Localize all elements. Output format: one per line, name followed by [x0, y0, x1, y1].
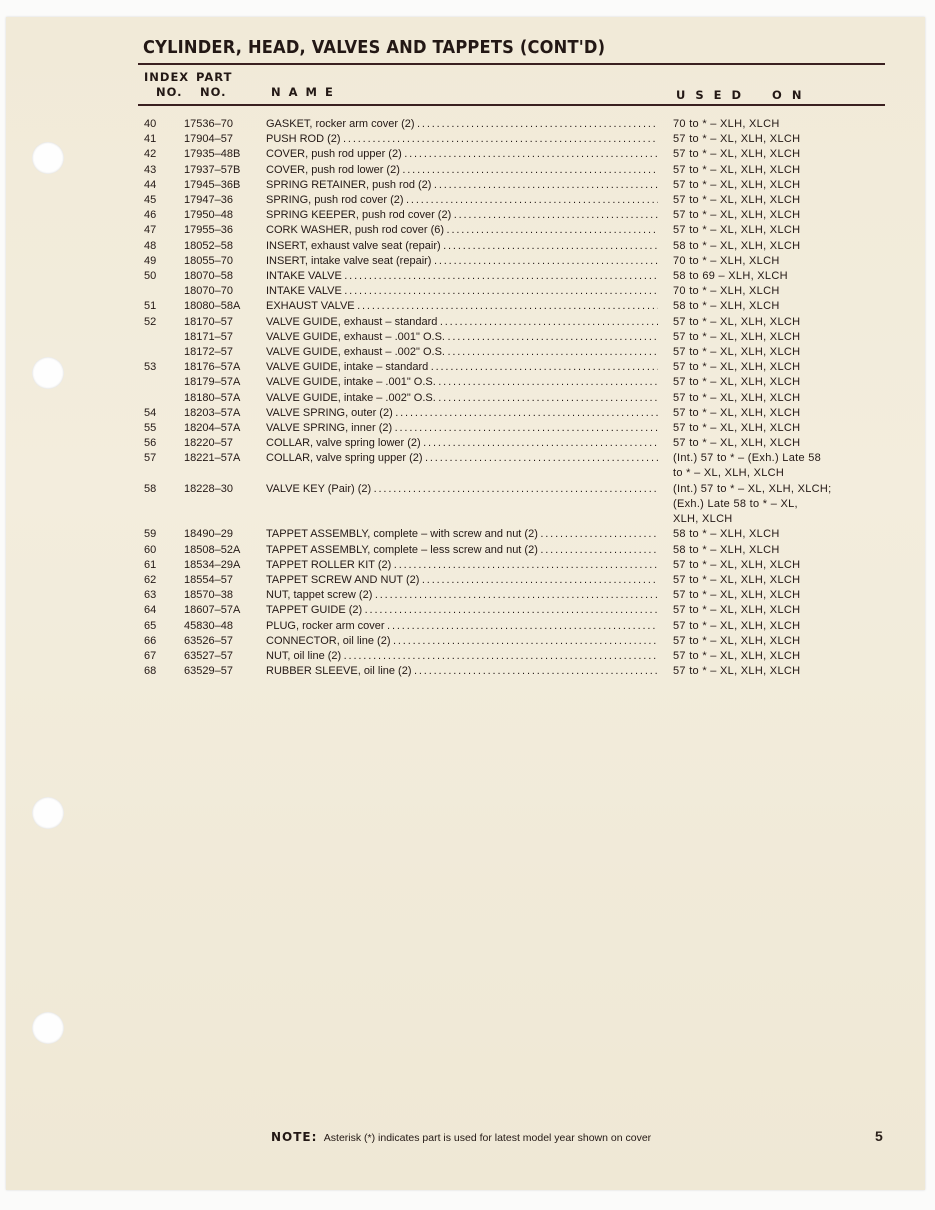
part-name-cell: COVER, push rod upper (2)	[266, 147, 658, 162]
index-cell: 55	[144, 421, 174, 436]
used-on-cell: 57 to * – XL, XLH, XLCH	[673, 178, 873, 193]
index-cell: 61	[144, 558, 174, 573]
part-number-cell: 18171–57	[184, 330, 264, 345]
index-cell: 64	[144, 603, 174, 618]
table-row: 18171–57VALVE GUIDE, exhaust – .001" O.S…	[0, 330, 935, 345]
part-name-cell: TAPPET SCREW AND NUT (2)	[266, 573, 658, 588]
part-number-cell: 18052–58	[184, 239, 264, 254]
part-number-cell: 18554–57	[184, 573, 264, 588]
index-cell: 46	[144, 208, 174, 223]
used-on-cell: 57 to * – XL, XLH, XLCH	[673, 147, 873, 162]
table-row: 5918490–29TAPPET ASSEMBLY, complete – wi…	[0, 527, 935, 542]
used-on-cell: 58 to * – XLH, XLCH	[673, 299, 873, 314]
table-row: 5818228–30VALVE KEY (Pair) (2)(Int.) 57 …	[0, 482, 935, 497]
part-name-cell: NUT, oil line (2)	[266, 649, 658, 664]
part-name-cell: SPRING KEEPER, push rod cover (2)	[266, 208, 658, 223]
part-name-cell: INSERT, intake valve seat (repair)	[266, 254, 658, 269]
used-on-cell: 57 to * – XL, XLH, XLCH	[673, 163, 873, 178]
table-row: 6318570–38NUT, tappet screw (2)57 to * –…	[0, 588, 935, 603]
index-cell: 48	[144, 239, 174, 254]
index-cell: 59	[144, 527, 174, 542]
used-on-cell: 57 to * – XL, XLH, XLCH	[673, 360, 873, 375]
part-number-cell: 18228–30	[184, 482, 264, 497]
table-row: 4217935–48BCOVER, push rod upper (2)57 t…	[0, 147, 935, 162]
part-number-cell: 18221–57A	[184, 451, 264, 466]
table-row: 4717955–36CORK WASHER, push rod cover (6…	[0, 223, 935, 238]
index-cell: 65	[144, 619, 174, 634]
header-rule	[138, 104, 885, 106]
part-number-cell: 18204–57A	[184, 421, 264, 436]
index-cell: 44	[144, 178, 174, 193]
footer-note: NOTE: Asterisk (*) indicates part is use…	[271, 1130, 651, 1144]
table-row: 6418607–57ATAPPET GUIDE (2)57 to * – XL,…	[0, 603, 935, 618]
part-number-cell: 18220–57	[184, 436, 264, 451]
used-on-cell: 57 to * – XL, XLH, XLCH	[673, 619, 873, 634]
part-number-cell: 18490–29	[184, 527, 264, 542]
index-cell: 43	[144, 163, 174, 178]
part-name-cell: TAPPET GUIDE (2)	[266, 603, 658, 618]
table-row: 5118080–58AEXHAUST VALVE58 to * – XLH, X…	[0, 299, 935, 314]
title-rule	[138, 63, 885, 65]
table-row: 18070–70INTAKE VALVE70 to * – XLH, XLCH	[0, 284, 935, 299]
part-name-cell: SPRING, push rod cover (2)	[266, 193, 658, 208]
used-on-cell: 70 to * – XLH, XLCH	[673, 284, 873, 299]
part-name-cell: COLLAR, valve spring upper (2)	[266, 451, 658, 466]
part-number-cell: 18179–57A	[184, 375, 264, 390]
part-number-cell: 18070–70	[184, 284, 264, 299]
table-row: 4918055–70INSERT, intake valve seat (rep…	[0, 254, 935, 269]
part-name-cell: VALVE GUIDE, intake – .002" O.S.	[266, 391, 658, 406]
table-row: 6218554–57TAPPET SCREW AND NUT (2)57 to …	[0, 573, 935, 588]
index-cell: 66	[144, 634, 174, 649]
table-row: 6663526–57CONNECTOR, oil line (2)57 to *…	[0, 634, 935, 649]
used-on-cell: 57 to * – XL, XLH, XLCH	[673, 330, 873, 345]
used-on-cell: 58 to * – XLH, XLCH	[673, 527, 873, 542]
part-name-cell: COLLAR, valve spring lower (2)	[266, 436, 658, 451]
used-on-cell: 57 to * – XL, XLH, XLCH	[673, 634, 873, 649]
used-on-cell: 70 to * – XLH, XLCH	[673, 254, 873, 269]
part-name-cell: NUT, tappet screw (2)	[266, 588, 658, 603]
part-name-cell: TAPPET ASSEMBLY, complete – with screw a…	[266, 527, 658, 542]
used-on-cell: 57 to * – XL, XLH, XLCH	[673, 588, 873, 603]
index-cell: 58	[144, 482, 174, 497]
used-on-cell: 57 to * – XL, XLH, XLCH	[673, 345, 873, 360]
index-cell: 40	[144, 117, 174, 132]
table-row: 4517947–36SPRING, push rod cover (2)57 t…	[0, 193, 935, 208]
table-row: 6863529–57RUBBER SLEEVE, oil line (2)57 …	[0, 664, 935, 679]
part-number-cell: 17536–70	[184, 117, 264, 132]
part-name-cell: VALVE GUIDE, exhaust – .002" O.S.	[266, 345, 658, 360]
index-cell: 42	[144, 147, 174, 162]
part-number-cell: 18172–57	[184, 345, 264, 360]
part-number-cell: 17950–48	[184, 208, 264, 223]
part-name-cell: TAPPET ROLLER KIT (2)	[266, 558, 658, 573]
table-row: 5518204–57AVALVE SPRING, inner (2)57 to …	[0, 421, 935, 436]
part-name-cell: VALVE KEY (Pair) (2)	[266, 482, 658, 497]
index-cell: 41	[144, 132, 174, 147]
page-number: 5	[875, 1128, 883, 1144]
used-on-cell: 57 to * – XL, XLH, XLCH	[673, 558, 873, 573]
used-on-cell: 57 to * – XL, XLH, XLCH	[673, 391, 873, 406]
index-cell: 47	[144, 223, 174, 238]
punch-hole	[32, 1012, 64, 1044]
table-row: 5418203–57AVALVE SPRING, outer (2)57 to …	[0, 406, 935, 421]
part-number-cell: 63527–57	[184, 649, 264, 664]
part-name-cell: CORK WASHER, push rod cover (6)	[266, 223, 658, 238]
used-on-cell: 58 to 69 – XLH, XLCH	[673, 269, 873, 284]
header-index-line1: INDEX	[144, 70, 189, 84]
part-number-cell: 17904–57	[184, 132, 264, 147]
index-cell: 49	[144, 254, 174, 269]
part-number-cell: 18607–57A	[184, 603, 264, 618]
index-cell: 45	[144, 193, 174, 208]
table-row: 4617950–48SPRING KEEPER, push rod cover …	[0, 208, 935, 223]
used-on-cell: (Int.) 57 to * – XL, XLH, XLCH; (Exh.) L…	[673, 482, 873, 527]
used-on-cell: 57 to * – XL, XLH, XLCH	[673, 649, 873, 664]
table-row: 4117904–57PUSH ROD (2)57 to * – XL, XLH,…	[0, 132, 935, 147]
used-on-cell: 57 to * – XL, XLH, XLCH	[673, 132, 873, 147]
table-row: 6545830–48PLUG, rocker arm cover57 to * …	[0, 619, 935, 634]
part-number-cell: 18180–57A	[184, 391, 264, 406]
index-cell: 67	[144, 649, 174, 664]
used-on-cell: 57 to * – XL, XLH, XLCH	[673, 421, 873, 436]
index-cell: 56	[144, 436, 174, 451]
part-name-cell: RUBBER SLEEVE, oil line (2)	[266, 664, 658, 679]
part-number-cell: 45830–48	[184, 619, 264, 634]
header-part-line1: PART	[196, 70, 232, 84]
used-on-cell: 57 to * – XL, XLH, XLCH	[673, 223, 873, 238]
used-on-cell: 57 to * – XL, XLH, XLCH	[673, 406, 873, 421]
table-row: 5018070–58INTAKE VALVE58 to 69 – XLH, XL…	[0, 269, 935, 284]
used-on-cell: 57 to * – XL, XLH, XLCH	[673, 664, 873, 679]
part-name-cell: SPRING RETAINER, push rod (2)	[266, 178, 658, 193]
part-number-cell: 18534–29A	[184, 558, 264, 573]
header-used-on: U S E D O N	[676, 88, 804, 102]
part-name-cell: PLUG, rocker arm cover	[266, 619, 658, 634]
note-label: NOTE:	[271, 1130, 317, 1144]
part-number-cell: 63526–57	[184, 634, 264, 649]
used-on-cell: 57 to * – XL, XLH, XLCH	[673, 193, 873, 208]
part-number-cell: 17955–36	[184, 223, 264, 238]
part-number-cell: 18203–57A	[184, 406, 264, 421]
part-number-cell: 17945–36B	[184, 178, 264, 193]
used-on-cell: 57 to * – XL, XLH, XLCH	[673, 436, 873, 451]
index-cell: 68	[144, 664, 174, 679]
used-on-cell: 57 to * – XL, XLH, XLCH	[673, 375, 873, 390]
part-number-cell: 18080–58A	[184, 299, 264, 314]
part-number-cell: 18070–58	[184, 269, 264, 284]
part-name-cell: EXHAUST VALVE	[266, 299, 658, 314]
note-text: Asterisk (*) indicates part is used for …	[324, 1132, 651, 1144]
page-title: CYLINDER, HEAD, VALVES AND TAPPETS (CONT…	[143, 38, 605, 58]
table-row: 5618220–57COLLAR, valve spring lower (2)…	[0, 436, 935, 451]
used-on-cell: 57 to * – XL, XLH, XLCH	[673, 208, 873, 223]
table-row: 5318176–57AVALVE GUIDE, intake – standar…	[0, 360, 935, 375]
part-number-cell: 18055–70	[184, 254, 264, 269]
part-number-cell: 17935–48B	[184, 147, 264, 162]
header-part-line2: NO.	[200, 85, 227, 99]
table-row: 4818052–58INSERT, exhaust valve seat (re…	[0, 239, 935, 254]
index-cell: 63	[144, 588, 174, 603]
part-number-cell: 18176–57A	[184, 360, 264, 375]
table-row: 5718221–57ACOLLAR, valve spring upper (2…	[0, 451, 935, 466]
table-row: 18172–57VALVE GUIDE, exhaust – .002" O.S…	[0, 345, 935, 360]
index-cell: 53	[144, 360, 174, 375]
part-name-cell: COVER, push rod lower (2)	[266, 163, 658, 178]
used-on-cell: 58 to * – XL, XLH, XLCH	[673, 239, 873, 254]
part-name-cell: VALVE SPRING, inner (2)	[266, 421, 658, 436]
table-row: 4317937–57BCOVER, push rod lower (2)57 t…	[0, 163, 935, 178]
used-on-cell: 57 to * – XL, XLH, XLCH	[673, 603, 873, 618]
part-name-cell: INSERT, exhaust valve seat (repair)	[266, 239, 658, 254]
header-name: N A M E	[271, 85, 335, 99]
part-name-cell: INTAKE VALVE	[266, 269, 658, 284]
part-number-cell: 18170–57	[184, 315, 264, 330]
punch-hole	[32, 797, 64, 829]
used-on-cell: 57 to * – XL, XLH, XLCH	[673, 573, 873, 588]
index-cell: 50	[144, 269, 174, 284]
used-on-cell: 58 to * – XLH, XLCH	[673, 543, 873, 558]
index-cell: 57	[144, 451, 174, 466]
used-on-cell: (Int.) 57 to * – (Exh.) Late 58 to * – X…	[673, 451, 873, 481]
table-row: 6118534–29ATAPPET ROLLER KIT (2)57 to * …	[0, 558, 935, 573]
index-cell: 54	[144, 406, 174, 421]
index-cell: 52	[144, 315, 174, 330]
part-name-cell: PUSH ROD (2)	[266, 132, 658, 147]
table-row: 5218170–57VALVE GUIDE, exhaust – standar…	[0, 315, 935, 330]
used-on-cell: 70 to * – XLH, XLCH	[673, 117, 873, 132]
part-name-cell: VALVE GUIDE, exhaust – standard	[266, 315, 658, 330]
part-number-cell: 18508–52A	[184, 543, 264, 558]
part-number-cell: 17947–36	[184, 193, 264, 208]
index-cell: 51	[144, 299, 174, 314]
header-index-line2: NO.	[156, 85, 183, 99]
part-name-cell: CONNECTOR, oil line (2)	[266, 634, 658, 649]
table-row: 4417945–36BSPRING RETAINER, push rod (2)…	[0, 178, 935, 193]
part-name-cell: VALVE GUIDE, exhaust – .001" O.S.	[266, 330, 658, 345]
part-name-cell: TAPPET ASSEMBLY, complete – less screw a…	[266, 543, 658, 558]
table-row: 6018508–52ATAPPET ASSEMBLY, complete – l…	[0, 543, 935, 558]
index-cell: 60	[144, 543, 174, 558]
table-row: 18179–57AVALVE GUIDE, intake – .001" O.S…	[0, 375, 935, 390]
part-name-cell: VALVE GUIDE, intake – .001" O.S.	[266, 375, 658, 390]
part-number-cell: 18570–38	[184, 588, 264, 603]
used-on-cell: 57 to * – XL, XLH, XLCH	[673, 315, 873, 330]
part-name-cell: GASKET, rocker arm cover (2)	[266, 117, 658, 132]
table-row: 18180–57AVALVE GUIDE, intake – .002" O.S…	[0, 391, 935, 406]
part-name-cell: VALVE SPRING, outer (2)	[266, 406, 658, 421]
part-number-cell: 63529–57	[184, 664, 264, 679]
part-name-cell: VALVE GUIDE, intake – standard	[266, 360, 658, 375]
table-row: 4017536–70GASKET, rocker arm cover (2)70…	[0, 117, 935, 132]
part-name-cell: INTAKE VALVE	[266, 284, 658, 299]
part-number-cell: 17937–57B	[184, 163, 264, 178]
index-cell: 62	[144, 573, 174, 588]
table-row: 6763527–57NUT, oil line (2)57 to * – XL,…	[0, 649, 935, 664]
